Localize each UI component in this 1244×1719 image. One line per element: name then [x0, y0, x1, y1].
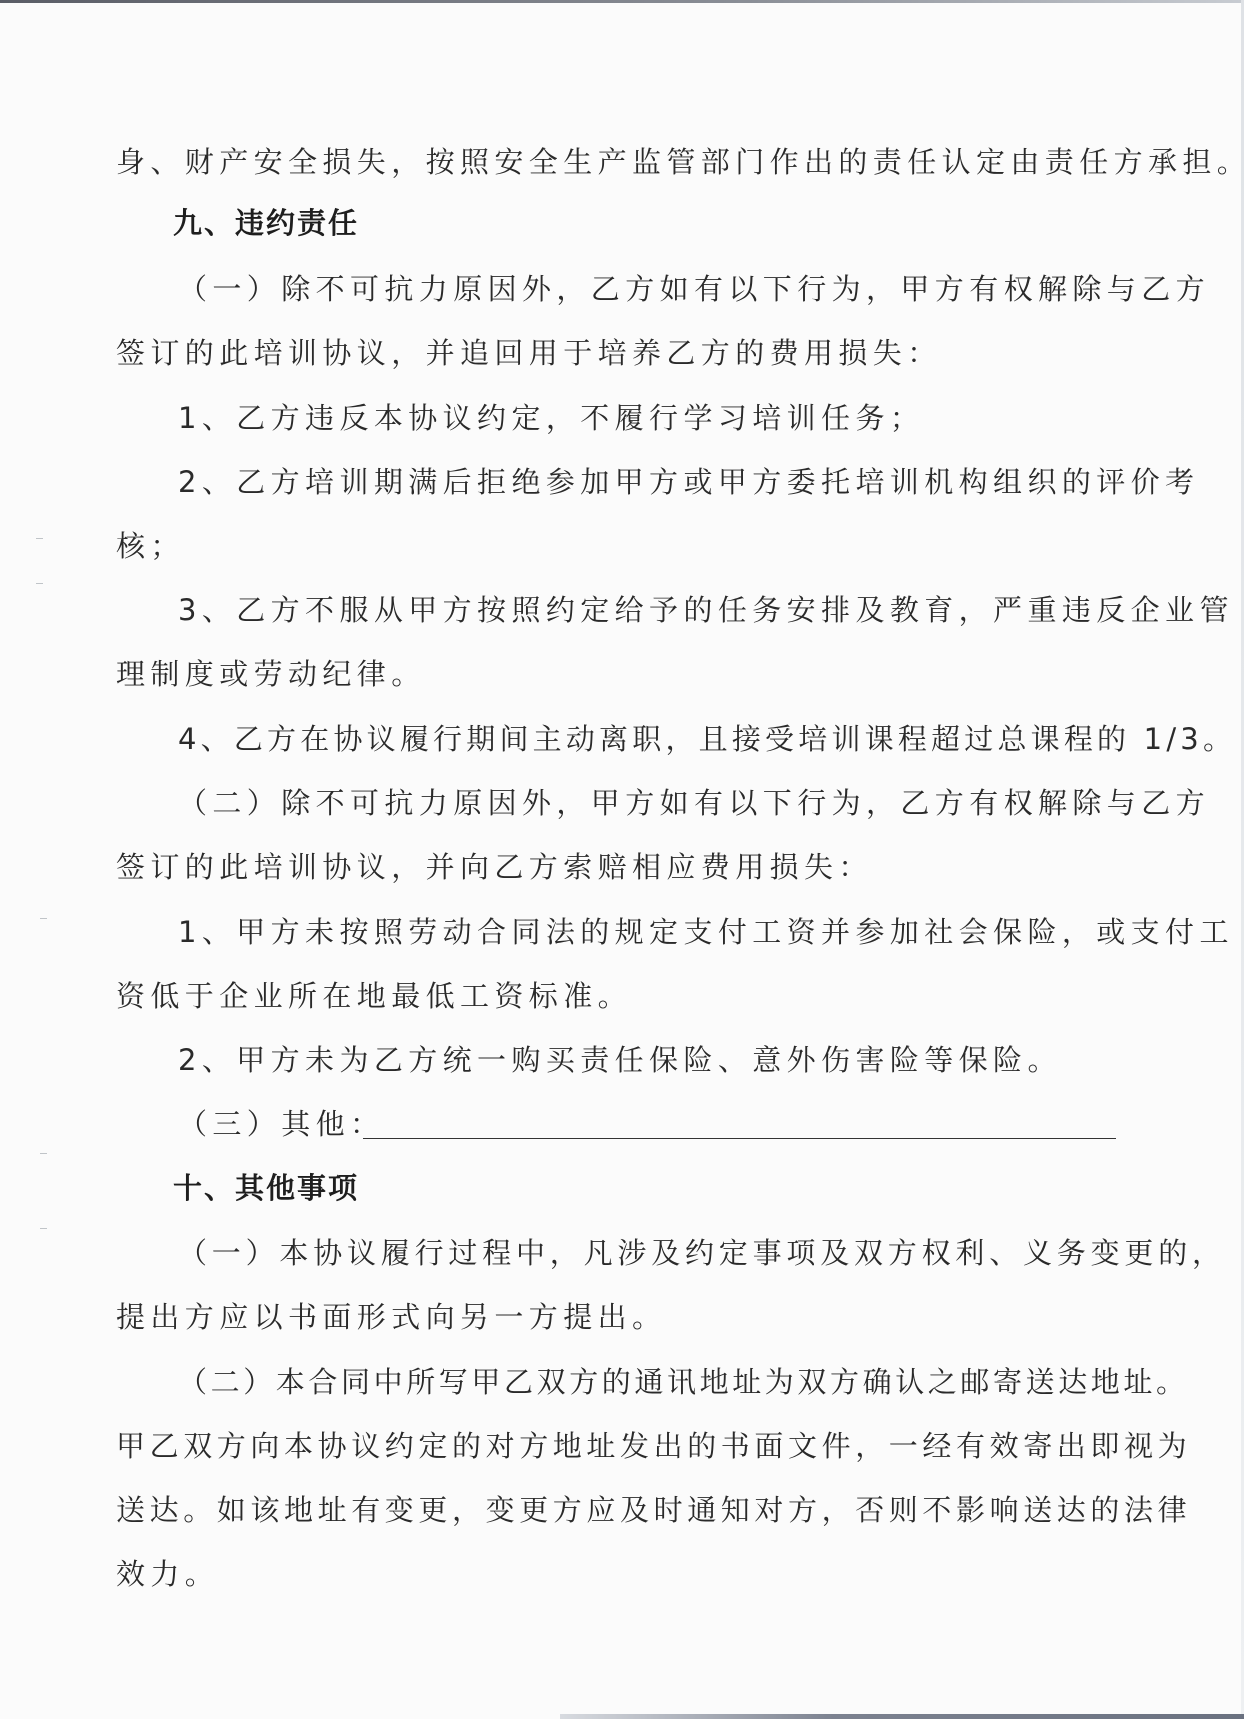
section-heading-10: 十、其他事项: [173, 1171, 359, 1205]
paragraph-line: 签订的此培训协议，并向乙方索赔相应费用损失：: [116, 850, 873, 884]
list-item: 1、乙方违反本协议约定，不履行学习培训任务；: [178, 401, 924, 435]
paragraph-line: 身、财产安全损失，按照安全生产监管部门作出的责任认定由责任方承担。: [116, 145, 1244, 179]
other-terms-blank-field[interactable]: [363, 1138, 1116, 1139]
list-item: 2、甲方未为乙方统一购买责任保险、意外伤害险等保险。: [178, 1043, 1062, 1077]
scan-speck: [40, 918, 47, 919]
list-item: 2、乙方培训期满后拒绝参加甲方或甲方委托培训机构组织的评价考: [178, 465, 1199, 499]
paragraph-line: 理制度或劳动纪律。: [116, 657, 426, 691]
scan-speck: [40, 1153, 47, 1154]
clause-10-2: （二）本合同中所写甲乙双方的通讯地址为双方确认之邮寄送达地址。: [178, 1365, 1189, 1399]
scan-speck: [40, 1228, 47, 1229]
clause-9-2: （二）除不可抗力原因外，甲方如有以下行为，乙方有权解除与乙方: [178, 786, 1210, 820]
scan-speck: [36, 538, 43, 539]
list-item: 4、乙方在协议履行期间主动离职，且接受培训课程超过总课程的 1/3。: [178, 722, 1236, 756]
list-item: 1、甲方未按照劳动合同法的规定支付工资并参加社会保险，或支付工: [178, 915, 1234, 949]
scan-edge-top: [0, 0, 1244, 3]
clause-9-3-label: （三）其他：: [178, 1107, 384, 1141]
paragraph-line: 资低于企业所在地最低工资标准。: [116, 979, 632, 1013]
clause-9-1: （一）除不可抗力原因外，乙方如有以下行为，甲方有权解除与乙方: [178, 272, 1210, 306]
scan-speck: [36, 583, 43, 584]
paragraph-line: 送达。如该地址有变更，变更方应及时通知对方，否则不影响送达的法律: [116, 1493, 1191, 1527]
clause-10-1: （一）本协议履行过程中，凡涉及约定事项及双方权利、义务变更的，: [178, 1236, 1226, 1270]
paragraph-line: 效力。: [116, 1557, 219, 1591]
scan-edge-bottom: [560, 1714, 1244, 1719]
paragraph-line: 签订的此培训协议，并追回用于培养乙方的费用损失：: [116, 336, 942, 370]
section-heading-9: 九、违约责任: [173, 206, 359, 240]
list-item: 3、乙方不服从甲方按照约定给予的任务安排及教育，严重违反企业管: [178, 593, 1234, 627]
paragraph-line: 甲乙双方向本协议约定的对方地址发出的书面文件，一经有效寄出即视为: [116, 1429, 1191, 1463]
paragraph-line: 核；: [116, 529, 185, 563]
paragraph-line: 提出方应以书面形式向另一方提出。: [116, 1300, 666, 1334]
